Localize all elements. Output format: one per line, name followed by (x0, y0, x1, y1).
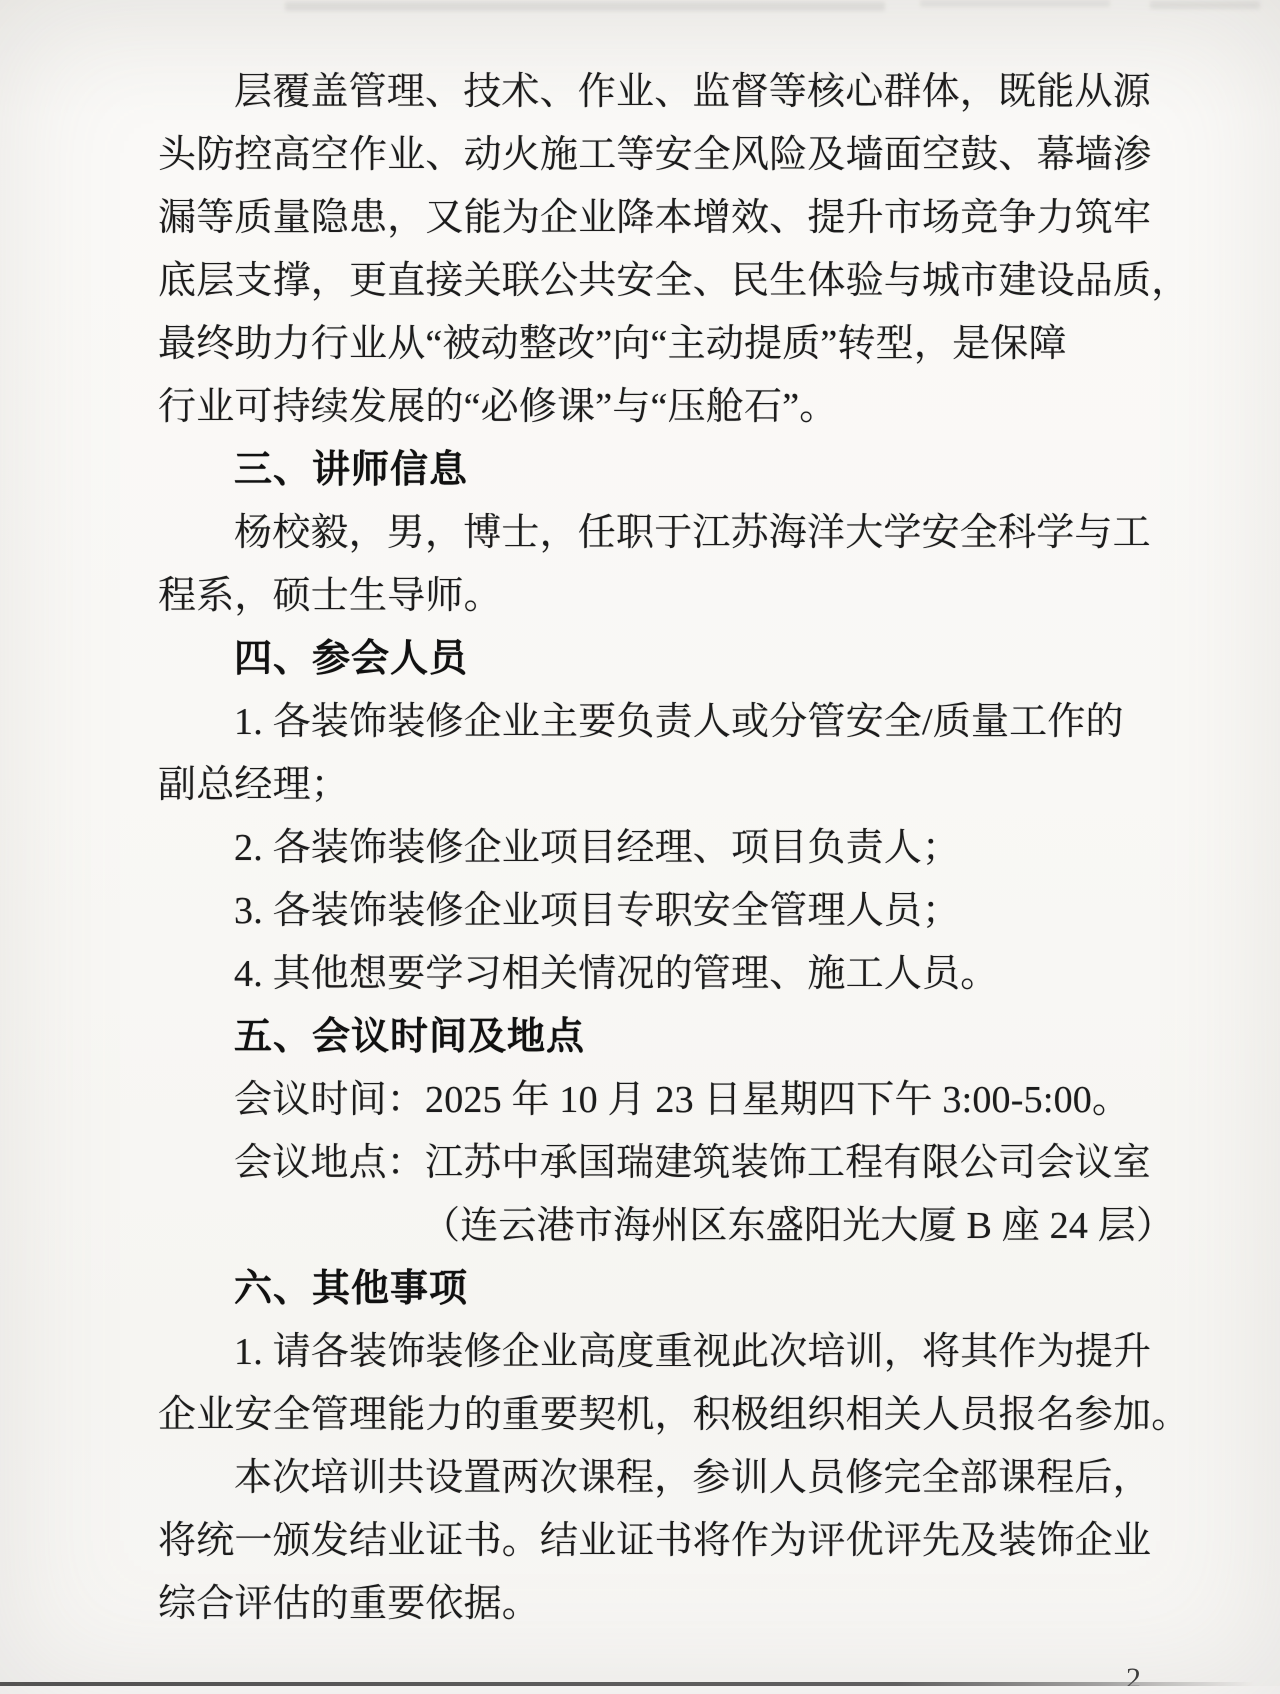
meeting-place-line: 会议地点：江苏中承国瑞建筑装饰工程有限公司会议室 (158, 1132, 1120, 1195)
scan-artifact-top (285, 2, 885, 11)
text-line: 将统一颁发结业证书。结业证书将作为评优评先及装饰企业 (158, 1510, 1120, 1573)
section-heading-3: 三、讲师信息 (158, 439, 1120, 502)
text-line: 底层支撑，更直接关联公共安全、民生体验与城市建设品质， (158, 250, 1120, 313)
list-item-line: 4. 其他想要学习相关情况的管理、施工人员。 (158, 943, 1120, 1006)
text-line: 企业安全管理能力的重要契机，积极组织相关人员报名参加。 (158, 1384, 1120, 1447)
list-item-line: 2. 各装饰装修企业项目经理、项目负责人； (158, 817, 1120, 880)
text-line: 层覆盖管理、技术、作业、监督等核心群体，既能从源 (158, 61, 1120, 124)
section-heading-4: 四、参会人员 (158, 628, 1120, 691)
list-item-line: 3. 各装饰装修企业项目专职安全管理人员； (158, 880, 1120, 943)
text-line: 头防控高空作业、动火施工等安全风险及墙面空鼓、幕墙渗 (158, 124, 1120, 187)
text-line: 行业可持续发展的“必修课”与“压舱石”。 (158, 376, 1120, 439)
list-item-line: 副总经理； (158, 754, 1120, 817)
text-line: 综合评估的重要依据。 (158, 1573, 1120, 1636)
text-line: 杨校毅，男，博士，任职于江苏海洋大学安全科学与工 (158, 502, 1120, 565)
text-line: 最终助力行业从“被动整改”向“主动提质”转型，是保障 (158, 313, 1120, 376)
meeting-address-line: （连云港市海州区东盛阳光大厦 B 座 24 层） (158, 1195, 1120, 1258)
scan-artifact-top (1150, 1, 1260, 9)
text-line: 程系，硕士生导师。 (158, 565, 1120, 628)
scan-artifact-top (920, 0, 1110, 7)
document-body: 层覆盖管理、技术、作业、监督等核心群体，既能从源 头防控高空作业、动火施工等安全… (158, 61, 1120, 1636)
section-heading-5: 五、会议时间及地点 (158, 1006, 1120, 1069)
text-line: 1. 请各装饰装修企业高度重视此次培训，将其作为提升 (158, 1321, 1120, 1384)
page-bottom-margin (0, 1686, 1280, 1694)
text-line: 漏等质量隐患，又能为企业降本增效、提升市场竞争力筑牢 (158, 187, 1120, 250)
meeting-time-line: 会议时间：2025 年 10 月 23 日星期四下午 3:00-5:00。 (158, 1069, 1120, 1132)
text-line: 本次培训共设置两次课程，参训人员修完全部课程后， (158, 1447, 1120, 1510)
section-heading-6: 六、其他事项 (158, 1258, 1120, 1321)
list-item-line: 1. 各装饰装修企业主要负责人或分管安全/质量工作的 (158, 691, 1120, 754)
